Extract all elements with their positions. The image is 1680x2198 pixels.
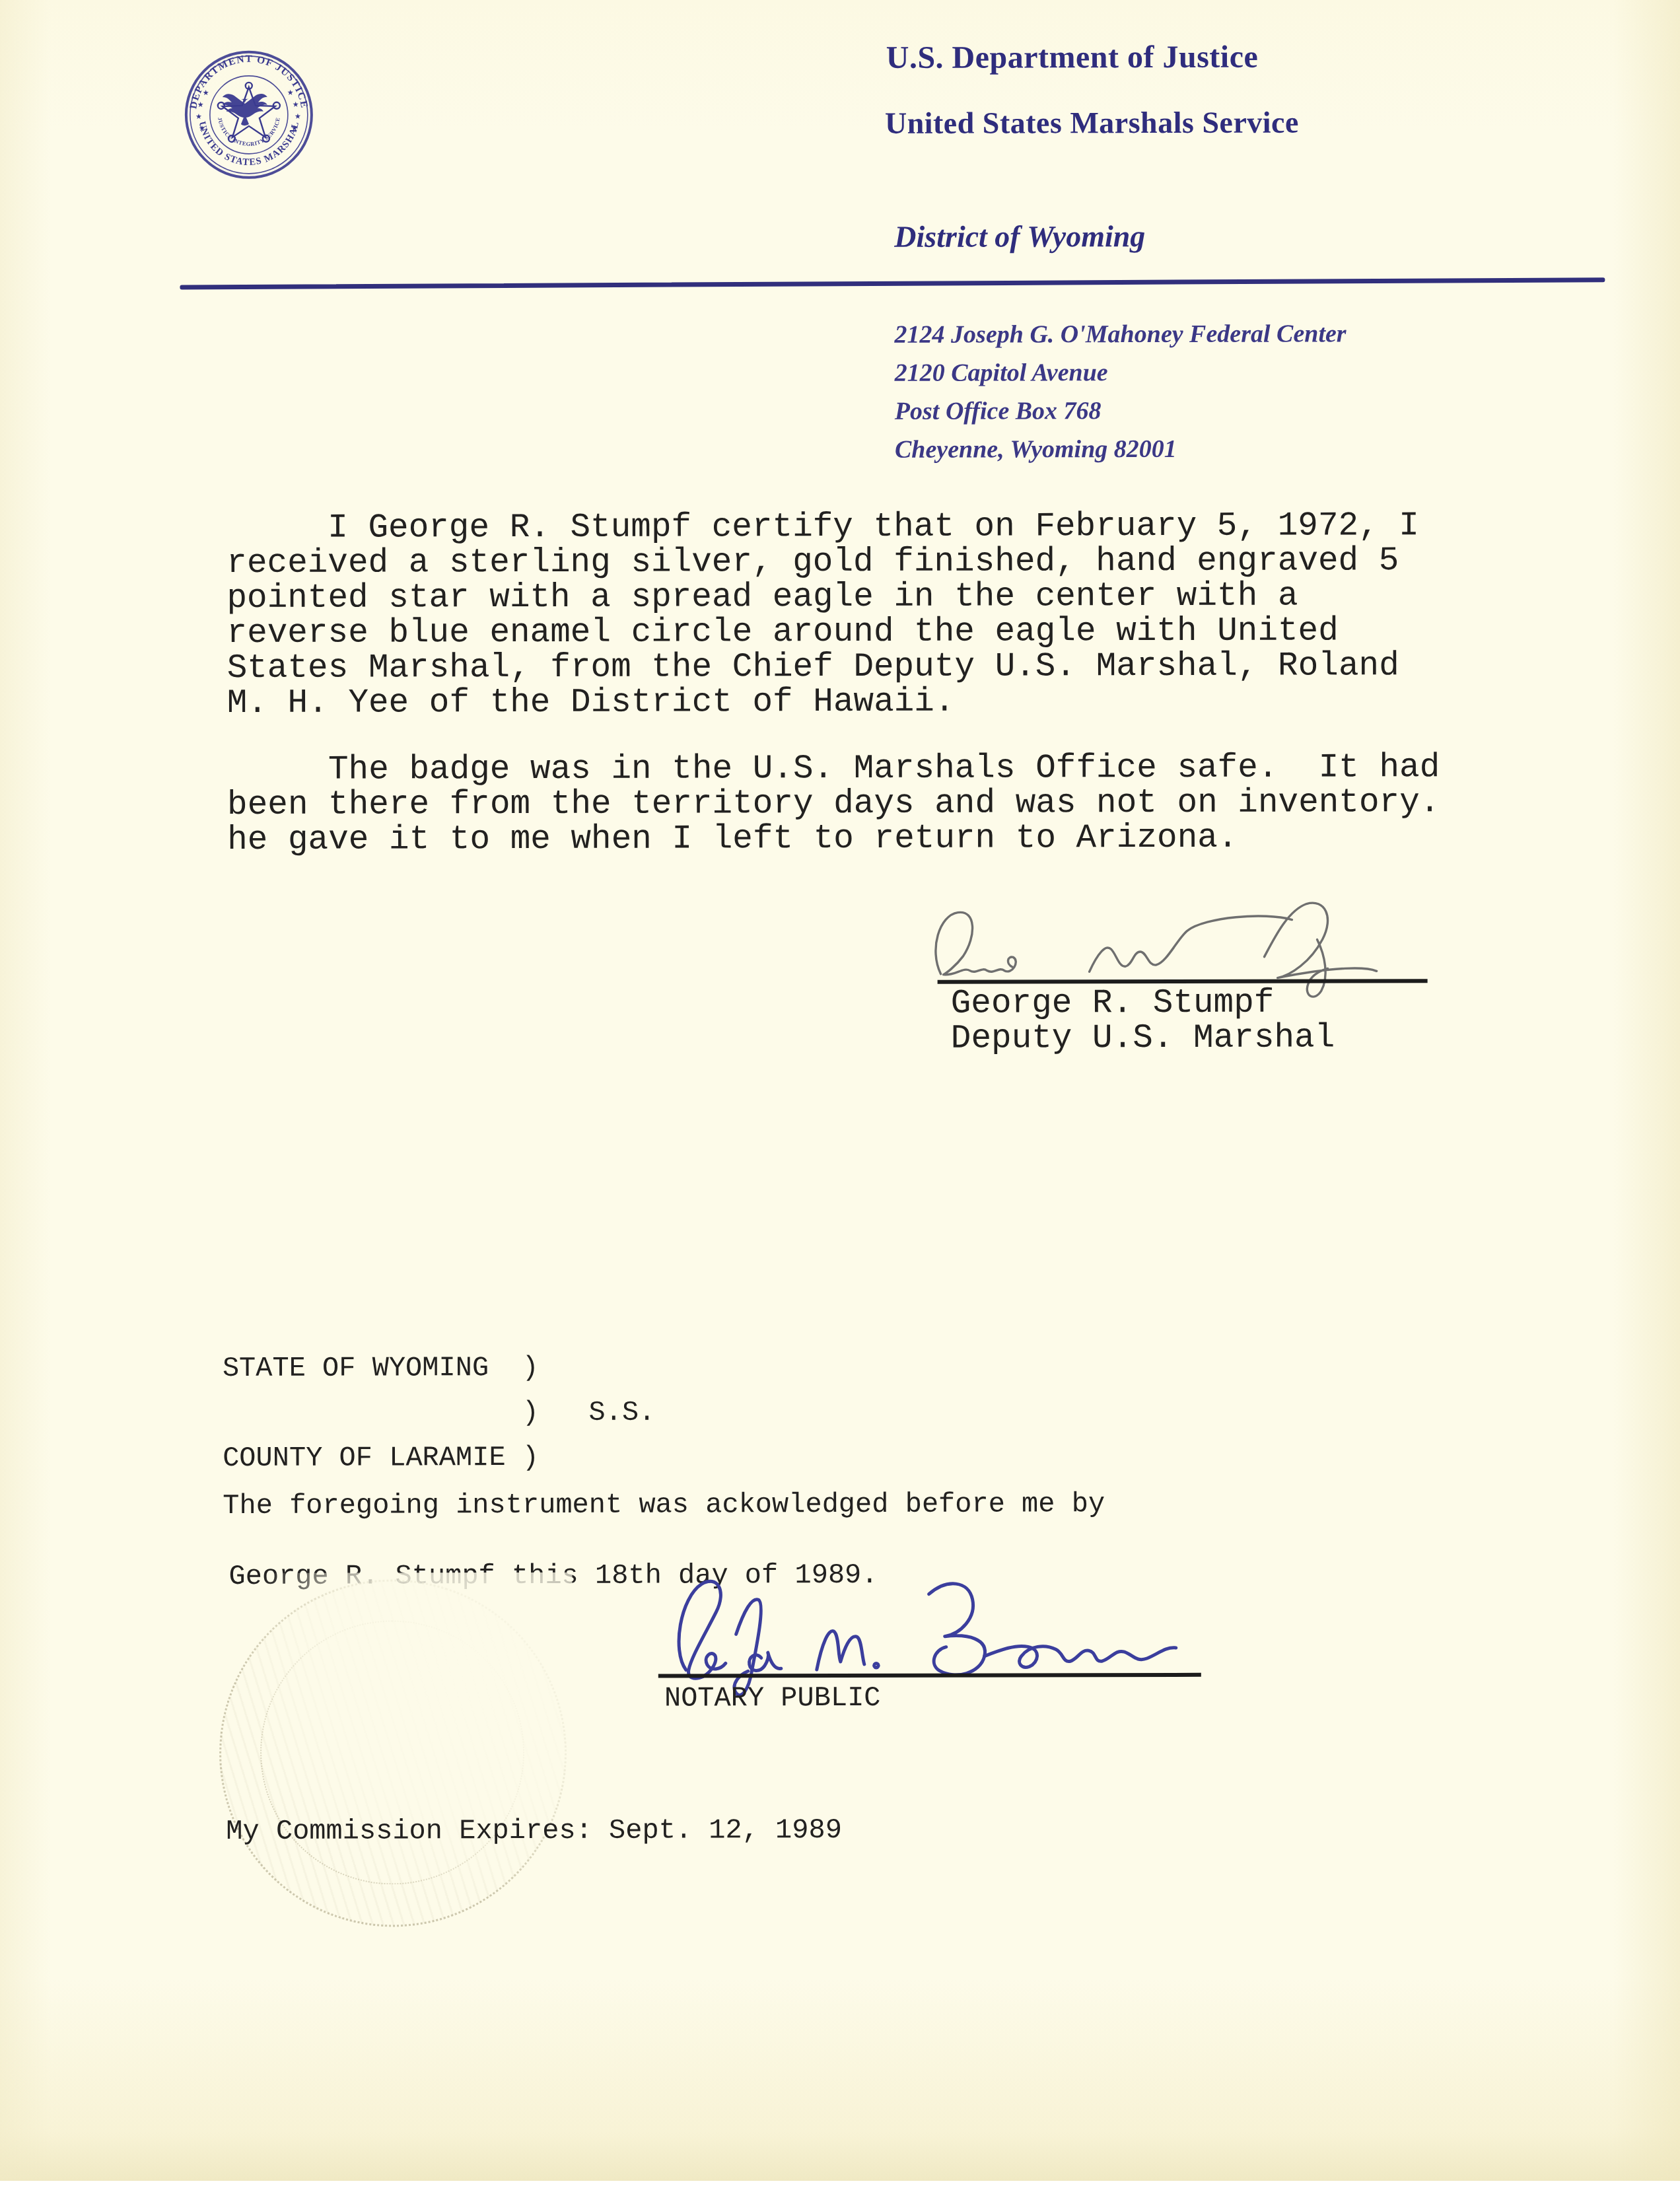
signer-name-title: George R. Stumpf Deputy U.S. Marshal	[951, 985, 1335, 1056]
svg-text:★: ★	[199, 124, 205, 133]
commission-expiry: My Commission Expires: Sept. 12, 1989	[226, 1815, 842, 1847]
doj-marshals-seal-icon: DEPARTMENT OF JUSTICE UNITED STATES MARS…	[182, 48, 316, 182]
svg-text:★: ★	[203, 89, 209, 97]
svg-text:★: ★	[295, 112, 301, 121]
svg-text:★: ★	[293, 100, 299, 109]
svg-text:★: ★	[287, 89, 294, 97]
seal-inner-text: JUSTICE INTEGRITY SERVICE	[217, 117, 281, 147]
letterhead-divider	[180, 277, 1605, 289]
notary-title: NOTARY PUBLIC	[664, 1683, 881, 1714]
svg-text:JUSTICE INTEGRITY SERVICE: JUSTICE INTEGRITY SERVICE	[217, 117, 281, 147]
body-paragraph-2: The badge was in the U.S. Marshals Offic…	[227, 750, 1440, 858]
return-address: 2124 Joseph G. O'Mahoney Federal Center …	[895, 314, 1347, 468]
svg-text:★: ★	[195, 112, 202, 121]
service-title: United States Marshals Service	[885, 105, 1299, 141]
body-paragraph-1: I George R. Stumpf certify that on Febru…	[227, 509, 1419, 721]
agency-title: U.S. Department of Justice	[886, 39, 1259, 76]
svg-text:★: ★	[197, 100, 204, 109]
district-title: District of Wyoming	[894, 219, 1145, 254]
svg-text:★: ★	[291, 124, 298, 133]
notary-seal-fade-overlay	[213, 1573, 573, 1933]
notary-jurat: STATE OF WYOMING ) ) S.S. COUNTY OF LARA…	[223, 1345, 656, 1481]
scan-bottom-edge	[0, 2181, 1680, 2198]
scanned-letter-page: DEPARTMENT OF JUSTICE UNITED STATES MARS…	[0, 0, 1680, 2198]
acknowledgement-line-1: The foregoing instrument was ackowledged…	[223, 1489, 1105, 1521]
